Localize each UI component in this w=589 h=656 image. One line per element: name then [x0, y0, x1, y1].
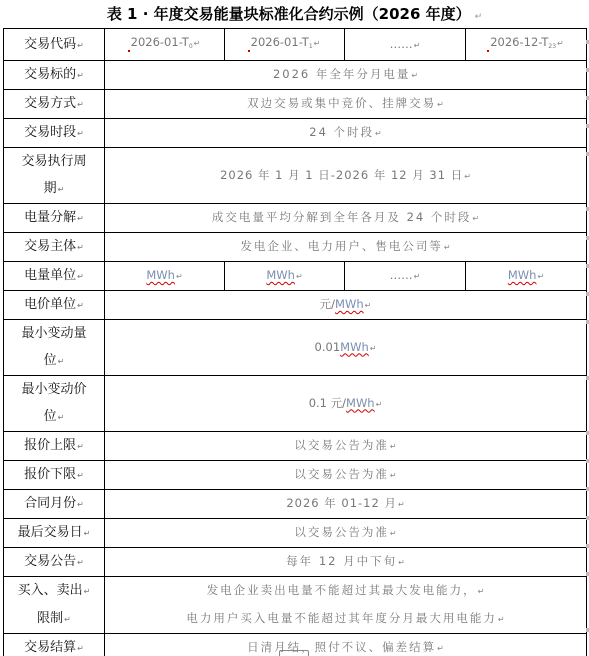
table-row-trade-announcement: 交易公告↵ 每年 12 月中下旬↵: [4, 548, 587, 577]
table-caption: 表 1 · 年度交易能量块标准化合约示例（2026 年度）↵: [0, 4, 589, 27]
row-label[interactable]: 报价下限↵: [4, 461, 105, 490]
paragraph-mark-icon: ↵: [444, 243, 451, 252]
paragraph-mark-icon: ↵: [194, 39, 201, 48]
paragraph-mark-icon: ↵: [478, 587, 485, 596]
cell-text: MWh: [146, 268, 175, 282]
paragraph-mark-icon: ↵: [475, 12, 483, 22]
row-label-text: 最后交易日: [18, 525, 83, 540]
paragraph-mark-icon: ↵: [370, 344, 377, 353]
cell-text: ……: [390, 37, 413, 51]
paragraph-mark-icon: ↵: [77, 644, 84, 653]
row-label[interactable]: 交易标的↵: [4, 61, 105, 90]
row-value[interactable]: 成交电量平均分解到全年各月及 24 个时段↵: [105, 204, 587, 233]
paragraph-mark-icon: ↵: [398, 500, 405, 509]
row-value[interactable]: 发电企业卖出电量不能超过其最大发电能力，↵电力用户买入电量不能超过其年度分月最大…: [105, 577, 587, 634]
paragraph-mark-icon: ↵: [77, 129, 84, 138]
cell-text: MWh: [266, 268, 295, 282]
paragraph-mark-icon: ↵: [77, 558, 84, 567]
row-value[interactable]: 元/MWh↵: [105, 291, 587, 320]
row-label-text: 报价上限: [24, 438, 76, 453]
row-label[interactable]: 最小变动量位↵: [4, 320, 105, 376]
row-label-text: 交易时段: [24, 125, 76, 140]
row-label-text: 报价下限: [24, 467, 76, 482]
row-label-text: 交易结算: [24, 640, 76, 655]
row-label[interactable]: 电量分解↵: [4, 204, 105, 233]
row-value[interactable]: 日清月结，照付不议、偏差结算↵: [105, 634, 587, 656]
row-label-text: 交易方式: [24, 96, 76, 111]
row-label[interactable]: 交易方式↵: [4, 90, 105, 119]
row-value[interactable]: 0.01MWh↵: [105, 320, 587, 376]
unit-text: MWh: [335, 297, 364, 311]
paragraph-mark-icon: ↵: [411, 71, 418, 80]
paragraph-mark-icon: ↵: [390, 442, 397, 451]
paragraph-mark-icon: ↵: [77, 272, 84, 281]
paragraph-mark-icon: ↵: [464, 172, 471, 181]
trade-code-cell[interactable]: 2026-01-T0↵: [105, 29, 225, 61]
row-label[interactable]: 买入、卖出↵限制↵: [4, 577, 105, 634]
row-label[interactable]: 最后交易日↵: [4, 519, 105, 548]
row-label-text: 电量分解: [24, 210, 76, 225]
paragraph-mark-icon: ↵: [84, 587, 91, 596]
paragraph-mark-icon: ↵: [77, 71, 84, 80]
paragraph-mark-icon: ↵: [437, 644, 444, 653]
row-label-line1: 交易执行周: [4, 148, 104, 175]
row-label-text: 交易代码: [24, 37, 76, 52]
paragraph-mark-icon: ↵: [77, 442, 84, 451]
cell-text: 2026 年 01-12 月: [286, 496, 397, 510]
row-label-line1: 最小变动量: [4, 320, 104, 347]
cell-text-line2: 电力用户买入电量不能超过其年度分月最大用电能力: [186, 611, 497, 625]
row-label-text: 交易主体: [24, 239, 76, 254]
row-label-text: 电量单位: [24, 268, 76, 283]
trade-code-cell[interactable]: 2026-12-T23↵: [466, 29, 587, 61]
volume-unit-cell[interactable]: MWh↵: [225, 262, 345, 291]
paragraph-mark-icon: ↵: [537, 272, 544, 281]
row-label[interactable]: 最小变动价位↵: [4, 376, 105, 432]
spell-mark-icon: [248, 50, 250, 52]
paragraph-mark-icon: ↵: [176, 272, 183, 281]
paragraph-mark-icon: ↵: [77, 100, 84, 109]
cell-subscript: 0: [189, 43, 193, 50]
spell-mark-icon: [487, 50, 489, 52]
table-row-trade-method: 交易方式↵ 双边交易或集中竞价、挂牌交易↵: [4, 90, 587, 119]
cell-text: ……: [390, 268, 413, 282]
paragraph-mark-icon: ↵: [314, 39, 321, 48]
spell-mark-icon: [128, 50, 130, 52]
paragraph-mark-icon: ↵: [77, 41, 84, 50]
cell-text: 日清月结，照付不议、偏差结算: [247, 640, 436, 654]
cell-text: 以交易公告为准: [294, 525, 389, 539]
table-row-price-unit: 电价单位↵ 元/MWh↵: [4, 291, 587, 320]
row-label-line1: 买入、卖出: [18, 583, 83, 598]
paragraph-mark-icon: ↵: [58, 413, 65, 422]
table-row-volume-unit: 电量单位↵ MWh↵ MWh↵ ……↵ MWh↵: [4, 262, 587, 291]
volume-unit-cell[interactable]: MWh↵: [466, 262, 587, 291]
cell-subscript: 1: [309, 43, 313, 50]
volume-unit-cell[interactable]: MWh↵: [105, 262, 225, 291]
row-label[interactable]: 交易结算↵: [4, 634, 105, 656]
row-label[interactable]: 交易公告↵: [4, 548, 105, 577]
cell-text: 每年 12 月中下旬: [286, 554, 397, 568]
cell-text: 以交易公告为准: [294, 467, 389, 481]
row-value[interactable]: 每年 12 月中下旬↵: [105, 548, 587, 577]
row-label-line2: 期: [44, 181, 57, 196]
cell-text-line1: 发电企业卖出电量不能超过其最大发电能力，: [207, 583, 477, 597]
row-value[interactable]: 2026 年 01-12 月↵: [105, 490, 587, 519]
row-value[interactable]: 2026 年 1 月 1 日-2026 年 12 月 31 日↵: [105, 148, 587, 204]
table-row-trade-code: 交易代码↵ 2026-01-T0↵ 2026-01-T1↵ ……↵ 2026-1…: [4, 29, 587, 61]
paragraph-mark-icon: ↵: [390, 471, 397, 480]
paragraph-mark-icon: ↵: [472, 214, 479, 223]
row-value[interactable]: 0.1 元/MWh↵: [105, 376, 587, 432]
row-value[interactable]: 24 个时段↵: [105, 119, 587, 148]
paragraph-mark-icon: ↵: [77, 500, 84, 509]
row-value[interactable]: 以交易公告为准↵: [105, 461, 587, 490]
cell-text: MWh: [508, 268, 537, 282]
row-label[interactable]: 合同月份↵: [4, 490, 105, 519]
paragraph-mark-icon: ↵: [365, 301, 372, 310]
table-row-min-volume-tick: 最小变动量位↵ 0.01MWh↵: [4, 320, 587, 376]
row-label-text: 交易公告: [24, 554, 76, 569]
contract-spec-table: 交易代码↵ 2026-01-T0↵ 2026-01-T1↵ ……↵ 2026-1…: [3, 28, 587, 656]
cell-text: 发电企业、电力用户、售电公司等: [240, 239, 443, 253]
paragraph-mark-icon: ↵: [398, 558, 405, 567]
cell-subscript: 23: [548, 43, 556, 50]
cell-text: 2026-01-T: [251, 35, 309, 49]
paragraph-mark-icon: ↵: [58, 357, 65, 366]
table-row-contract-months: 合同月份↵ 2026 年 01-12 月↵: [4, 490, 587, 519]
cell-text: 0.1 元/: [309, 396, 346, 410]
trade-code-cell[interactable]: 2026-01-T1↵: [225, 29, 345, 61]
paragraph-mark-icon: ↵: [58, 185, 65, 194]
cell-text: 双边交易或集中竞价、挂牌交易: [247, 96, 436, 110]
row-value[interactable]: 以交易公告为准↵: [105, 519, 587, 548]
volume-unit-cell[interactable]: ……↵: [345, 262, 466, 291]
paragraph-mark-icon: ↵: [296, 272, 303, 281]
paragraph-mark-icon: ↵: [64, 615, 71, 624]
row-label-line2: 位: [44, 353, 57, 368]
row-value[interactable]: 以交易公告为准↵: [105, 432, 587, 461]
paragraph-mark-icon: ↵: [414, 41, 421, 50]
cell-text: 0.01: [315, 340, 341, 354]
row-label[interactable]: 报价上限↵: [4, 432, 105, 461]
table-row-trade-period: 交易时段↵ 24 个时段↵: [4, 119, 587, 148]
cell-text: 元/: [320, 297, 335, 311]
row-value[interactable]: 双边交易或集中竞价、挂牌交易↵: [105, 90, 587, 119]
cell-text: 成交电量平均分解到全年各月及 24 个时段: [212, 210, 471, 224]
cell-text: 2026 年 1 月 1 日-2026 年 12 月 31 日: [220, 168, 463, 182]
cell-text: 2026-12-T: [490, 35, 548, 49]
paragraph-mark-icon: ↵: [77, 301, 84, 310]
table-row-buy-sell-limits: 买入、卖出↵限制↵ 发电企业卖出电量不能超过其最大发电能力，↵电力用户买入电量不…: [4, 577, 587, 634]
unit-text: MWh: [340, 340, 369, 354]
paragraph-mark-icon: ↵: [77, 214, 84, 223]
paragraph-mark-icon: ↵: [376, 400, 383, 409]
unit-text: MWh: [346, 396, 375, 410]
paragraph-mark-icon: ↵: [77, 471, 84, 480]
table-row-min-price-tick: 最小变动价位↵ 0.1 元/MWh↵: [4, 376, 587, 432]
table-row-trade-subject: 交易标的↵ 2026 年全年分月电量↵: [4, 61, 587, 90]
paragraph-mark-icon: ↵: [77, 243, 84, 252]
cell-text: 以交易公告为准: [294, 438, 389, 452]
cell-text: 2026-01-T: [131, 35, 189, 49]
row-label[interactable]: 交易代码↵: [4, 29, 105, 61]
row-label[interactable]: 交易执行周期↵: [4, 148, 105, 204]
row-label-text: 合同月份: [24, 496, 76, 511]
table-row-price-ceiling: 报价上限↵ 以交易公告为准↵: [4, 432, 587, 461]
paragraph-mark-icon: ↵: [557, 39, 564, 48]
row-label[interactable]: 电价单位↵: [4, 291, 105, 320]
cell-text: 24 个时段: [309, 125, 374, 139]
paragraph-mark-icon: ↵: [84, 529, 91, 538]
table-row-participants: 交易主体↵ 发电企业、电力用户、售电公司等↵: [4, 233, 587, 262]
row-label-text: 交易标的: [24, 67, 76, 82]
row-value[interactable]: 2026 年全年分月电量↵: [105, 61, 587, 90]
row-label-text: 电价单位: [24, 297, 76, 312]
page-indicator: [279, 650, 309, 656]
table-caption-text: 表 1 · 年度交易能量块标准化合约示例（2026 年度）: [107, 5, 471, 23]
paragraph-mark-icon: ↵: [437, 100, 444, 109]
paragraph-mark-icon: ↵: [414, 272, 421, 281]
cell-text: 2026 年全年分月电量: [273, 67, 410, 81]
table-row-execution-period: 交易执行周期↵ 2026 年 1 月 1 日-2026 年 12 月 31 日↵: [4, 148, 587, 204]
paragraph-mark-icon: ↵: [375, 129, 382, 138]
paragraph-mark-icon: ↵: [390, 529, 397, 538]
paragraph-mark-icon: ↵: [498, 615, 505, 624]
row-label[interactable]: 交易主体↵: [4, 233, 105, 262]
row-label-line2: 限制: [37, 611, 63, 626]
table-row-last-trading-day: 最后交易日↵ 以交易公告为准↵: [4, 519, 587, 548]
row-label[interactable]: 交易时段↵: [4, 119, 105, 148]
table-row-price-floor: 报价下限↵ 以交易公告为准↵: [4, 461, 587, 490]
row-label-line1: 最小变动价: [4, 376, 104, 403]
table-row-volume-decomposition: 电量分解↵ 成交电量平均分解到全年各月及 24 个时段↵: [4, 204, 587, 233]
trade-code-cell[interactable]: ……↵: [345, 29, 466, 61]
row-label[interactable]: 电量单位↵: [4, 262, 105, 291]
row-label-line2: 位: [44, 409, 57, 424]
row-value[interactable]: 发电企业、电力用户、售电公司等↵: [105, 233, 587, 262]
